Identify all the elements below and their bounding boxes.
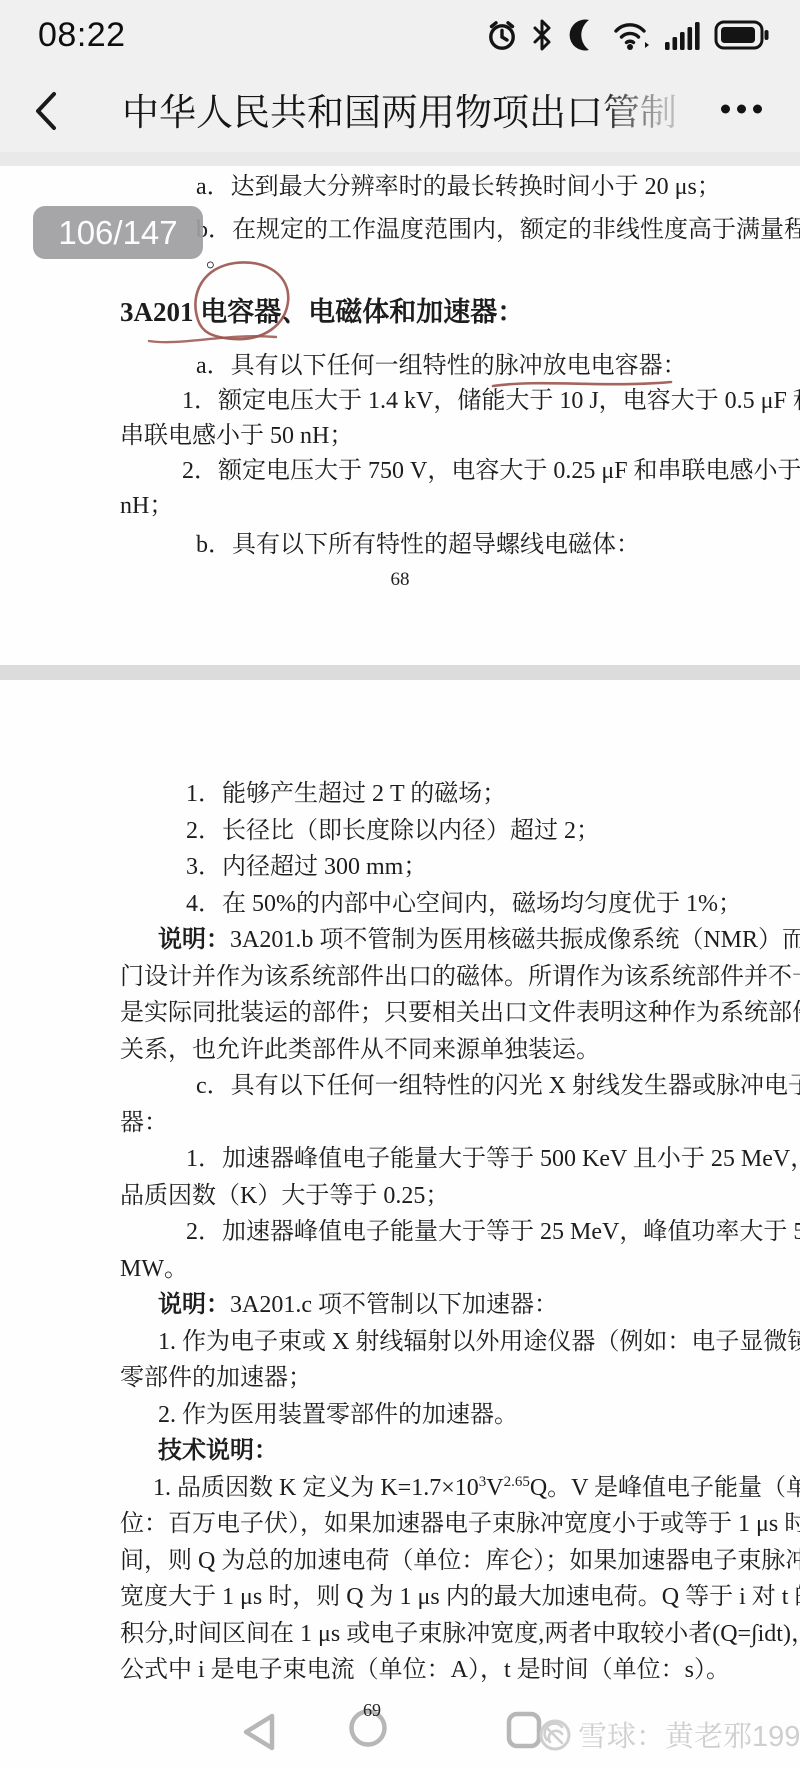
doc-line: b．具有以下所有特性的超导螺线电磁体：	[120, 528, 690, 563]
status-icons	[485, 17, 770, 53]
circled-annotation: 电容器	[200, 289, 281, 335]
doc-line: 1．加速器峰值电子能量大于等于 500 KeV 且小于 25 MeV，	[120, 1141, 690, 1178]
doc-line-formula: 1. 品质因数 K 定义为 K=1.7×103V2.65Q。V 是峰值电子能量（…	[120, 1470, 690, 1507]
clock-time: 08:22	[38, 16, 126, 55]
back-button[interactable]: chevron-left	[30, 89, 64, 133]
doc-line: 门设计并作为该系统部件出口的磁体。所谓作为该系统部件并不一定	[120, 959, 690, 996]
doc-line: 是实际同批装运的部件；只要相关出口文件表明这种作为系统部件的	[120, 995, 690, 1032]
underlined-annotation: 脉冲放电电容器	[495, 353, 663, 379]
doc-line: 1．额定电压大于 1.4 kV，储能大于 10 J，电容大于 0.5 μF 和	[120, 384, 690, 419]
bluetooth-icon	[530, 18, 554, 52]
page-number-69: 69	[352, 1700, 392, 1721]
doc-line: 2．长径比（即长度除以内径）超过 2；	[120, 813, 690, 850]
status-bar: 08:22	[0, 0, 800, 66]
doc-line: 3．内径超过 300 mm；	[120, 849, 690, 886]
watermark: 雪球：黄老邪1990	[538, 1714, 800, 1755]
android-back-button[interactable]	[238, 1712, 280, 1757]
page-top-margin	[0, 152, 800, 166]
android-recents-button[interactable]	[506, 1711, 542, 1754]
doc-line: 2．额定电压大于 750 V，电容大于 0.25 μF 和串联电感小于 10	[120, 454, 690, 489]
page-title: 中华人民共和国两用物项出口管制	[122, 82, 677, 136]
signal-bars-icon	[663, 18, 703, 52]
dnd-moon-icon	[565, 17, 601, 53]
doc-line: nH；	[120, 489, 690, 524]
doc-line: 积分,时间区间在 1 μs 或电子束脉冲宽度,两者中取较小者(Q=∫idt)，	[120, 1616, 690, 1653]
more-menu-button[interactable]	[721, 95, 762, 124]
doc-line-note: 说明：3A201.b 项不管制为医用核磁共振成像系统（NMR）而专	[120, 922, 690, 959]
doc-line: 1．能够产生超过 2 T 的磁场；	[120, 776, 690, 813]
doc-line: 器：	[120, 1105, 690, 1142]
page-number-68: 68	[120, 567, 690, 593]
recents-square-icon	[506, 1711, 542, 1749]
section-heading-3a201: 3A201 电容器、电磁体和加速器：	[120, 289, 690, 335]
nav-bar: chevron-left 中华人民共和国两用物项出口管制	[0, 66, 800, 152]
doc-line: c．具有以下任何一组特性的闪光 X 射线发生器或脉冲电子加速	[120, 1068, 690, 1105]
page-separator	[0, 665, 800, 680]
doc-line: a．具有以下任何一组特性的脉冲放电电容器：	[120, 349, 690, 384]
doc-line: 宽度大于 1 μs 时，则 Q 为 1 μs 内的最大加速电荷。Q 等于 i 对…	[120, 1579, 690, 1616]
doc-line: 2．加速器峰值电子能量大于等于 25 MeV，峰值功率大于 50	[120, 1214, 690, 1251]
doc-line: 2. 作为医用装置零部件的加速器。	[120, 1397, 690, 1434]
doc-line: 位：百万电子伏），如果加速器电子束脉冲宽度小于或等于 1 μs 时	[120, 1506, 690, 1543]
wifi-icon	[612, 18, 652, 52]
doc-line: 公式中 i 是电子束电流（单位：A），t 是时间（单位：s）。	[120, 1652, 690, 1689]
xueqiu-logo-icon	[538, 1718, 572, 1752]
page-indicator-badge: 106/147	[33, 206, 203, 259]
battery-icon	[714, 18, 770, 52]
alarm-icon	[485, 18, 519, 52]
doc-line: 品质因数（K）大于等于 0.25；	[120, 1178, 690, 1215]
doc-line: 零部件的加速器；	[120, 1360, 690, 1397]
doc-line: 4．在 50%的内部中心空间内，磁场均匀度优于 1%；	[120, 886, 690, 923]
document-page-69[interactable]: 1．能够产生超过 2 T 的磁场； 2．长径比（即长度除以内径）超过 2； 3．…	[0, 680, 800, 1768]
doc-line: 1. 作为电子束或 X 射线辐射以外用途仪器（例如：电子显微镜）	[120, 1324, 690, 1361]
more-dots-icon	[721, 105, 730, 114]
doc-line: a．达到最大分辨率时的最长转换时间小于 20 μs；	[120, 170, 690, 205]
doc-line-tech-heading: 技术说明：	[120, 1433, 690, 1470]
watermark-text: 雪球：黄老邪1990	[578, 1714, 800, 1755]
doc-line: 关系，也允许此类部件从不同来源单独装运。	[120, 1032, 690, 1069]
doc-line: MW。	[120, 1251, 690, 1288]
doc-line: 串联电感小于 50 nH；	[120, 419, 690, 454]
doc-line-note: 说明：3A201.c 项不管制以下加速器：	[120, 1287, 690, 1324]
back-triangle-icon	[238, 1712, 280, 1752]
doc-line: 间，则 Q 为总的加速电荷（单位：库仑）；如果加速器电子束脉冲	[120, 1543, 690, 1580]
